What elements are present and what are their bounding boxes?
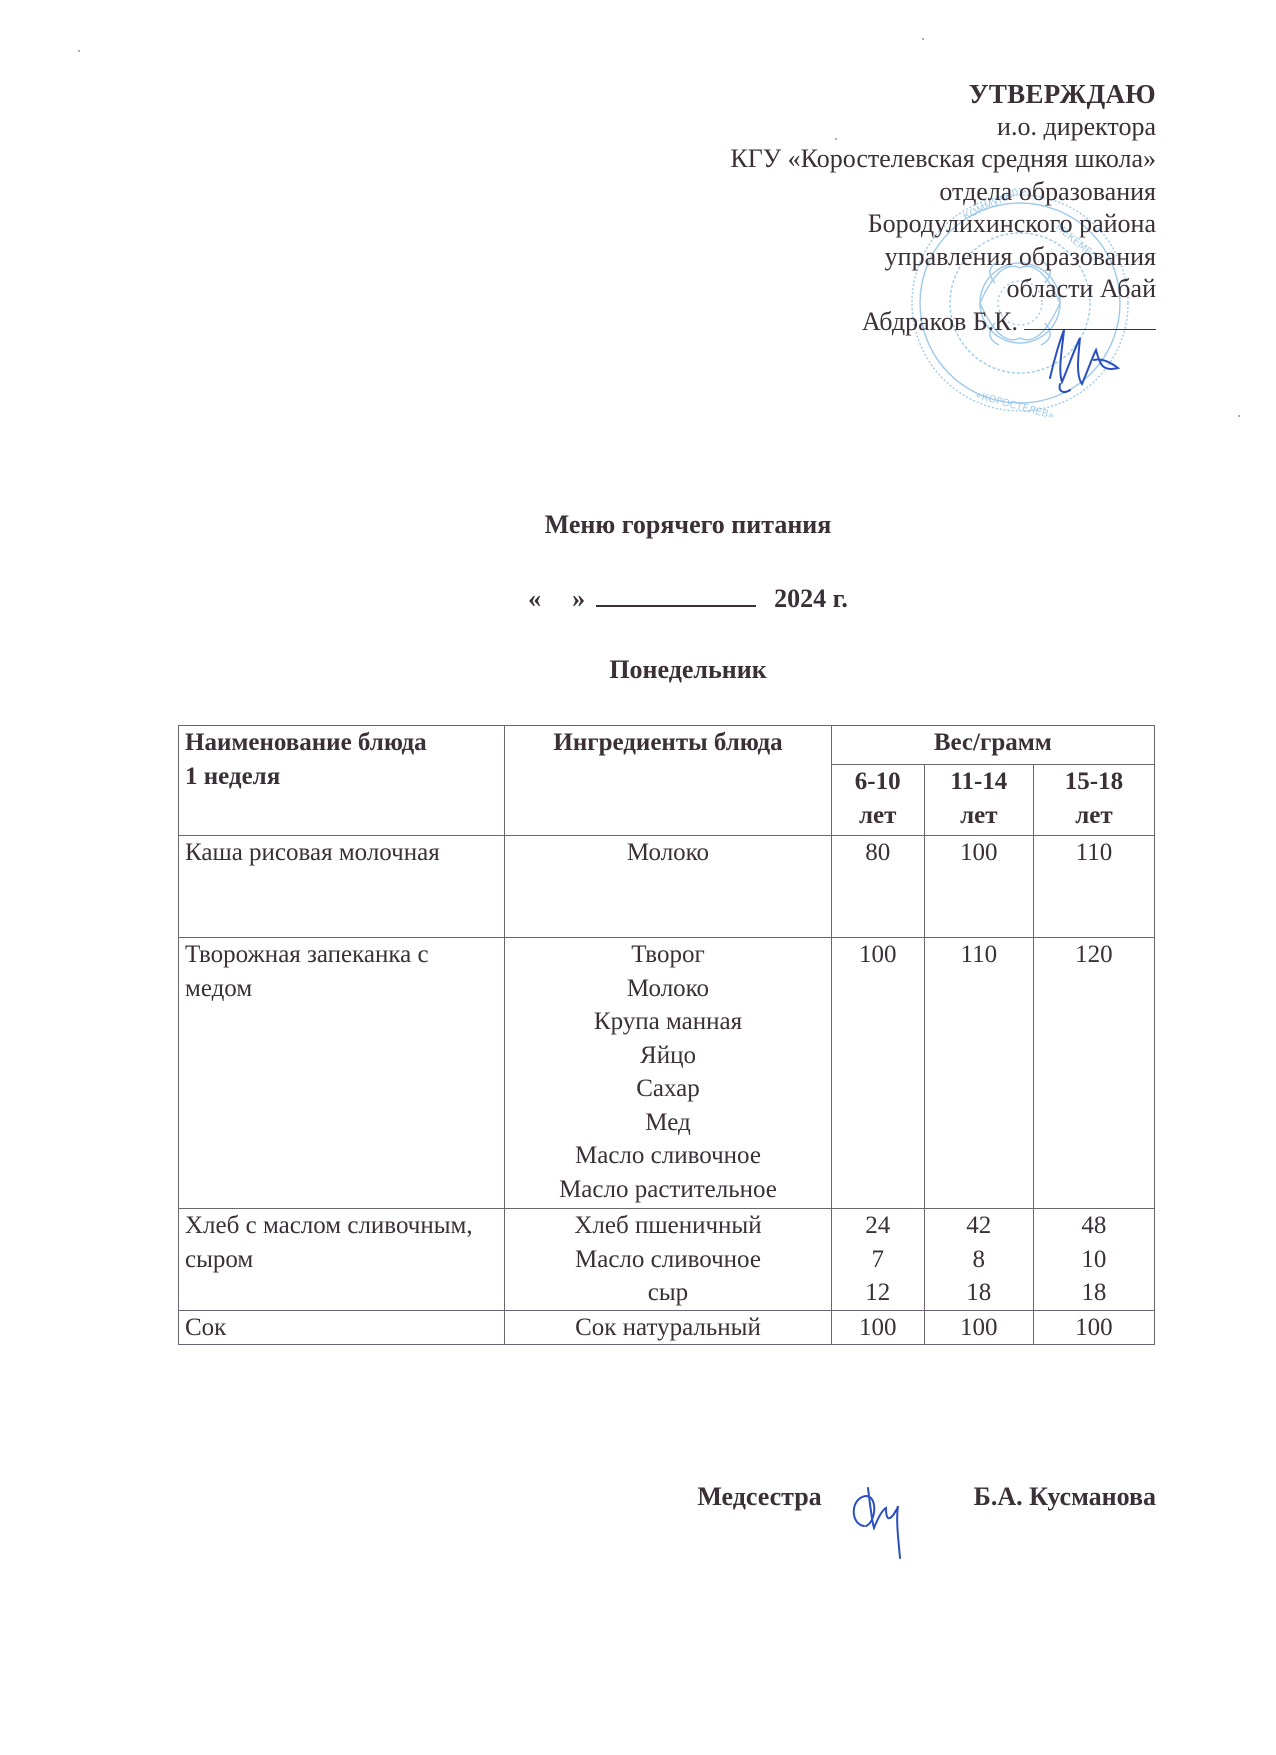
cell-weight-11-14: 110 — [924, 938, 1033, 1209]
date-blank-line — [596, 583, 756, 607]
cell-weight-15-18-line: 18 — [1040, 1276, 1148, 1310]
cell-weight-6-10-line: 80 — [838, 836, 918, 870]
cell-dish: Творожная запеканка с медом — [179, 938, 505, 1209]
cell-ingredients-line: Масло растительное — [511, 1173, 824, 1207]
cell-weight-11-14: 100 — [924, 836, 1033, 938]
cell-weight-15-18: 110 — [1033, 836, 1154, 938]
approval-signatory: Абдраков Б.К. — [862, 307, 1018, 336]
date-close-quote: » — [572, 584, 585, 613]
cell-weight-15-18-line: 100 — [1040, 1311, 1148, 1345]
scan-speck — [922, 38, 924, 40]
cell-weight-11-14-line: 110 — [931, 938, 1027, 972]
cell-weight-15-18: 481018 — [1033, 1209, 1154, 1311]
cell-ingredients-line: Сок натуральный — [511, 1311, 824, 1345]
approval-block: УТВЕРЖДАЮ и.о. директора КГУ «Коростелев… — [730, 78, 1156, 338]
page-title: Меню горячего питания — [100, 510, 1276, 540]
cell-ingredients-line: Крупа манная — [511, 1005, 824, 1039]
cell-weight-15-18-line: 120 — [1040, 938, 1148, 972]
cell-weight-15-18-line: 48 — [1040, 1209, 1148, 1243]
approval-line: КГУ «Коростелевская средняя школа» — [730, 143, 1156, 176]
cell-weight-6-10-line: 24 — [838, 1209, 918, 1243]
header-dish: Наименование блюда 1 неделя — [179, 726, 505, 836]
table-header-row: Наименование блюда 1 неделя Ингредиенты … — [179, 726, 1155, 765]
cell-weight-6-10-line: 100 — [838, 1311, 918, 1345]
cell-weight-11-14-line: 18 — [931, 1276, 1027, 1310]
header-age-6-10: 6-10 лет — [831, 765, 924, 836]
date-year: 2024 г. — [774, 584, 848, 613]
cell-weight-6-10: 100 — [831, 938, 924, 1209]
cell-ingredients-line: Масло сливочное — [511, 1243, 824, 1277]
scan-speck — [78, 50, 80, 52]
cell-ingredients-line: Молоко — [511, 836, 824, 870]
header-age-15-18: 15-18 лет — [1033, 765, 1154, 836]
header-ingredients: Ингредиенты блюда — [505, 726, 831, 836]
cell-weight-15-18-line: 110 — [1040, 836, 1148, 870]
cell-ingredients: Сок натуральный — [505, 1310, 831, 1345]
cell-ingredients-line: Яйцо — [511, 1039, 824, 1073]
approval-line: управления образования — [730, 241, 1156, 274]
cell-ingredients-line: Творог — [511, 938, 824, 972]
table-row: Хлеб с маслом сливочным, сыромХлеб пшени… — [179, 1209, 1155, 1311]
cell-weight-6-10: 100 — [831, 1310, 924, 1345]
cell-ingredients: ТворогМолокоКрупа маннаяЯйцоСахарМедМасл… — [505, 938, 831, 1209]
table-row: Каша рисовая молочнаяМолоко80100110 — [179, 836, 1155, 938]
scan-speck — [835, 138, 837, 140]
approval-heading: УТВЕРЖДАЮ — [730, 78, 1156, 111]
cell-weight-11-14-line: 8 — [931, 1243, 1027, 1277]
cell-ingredients: Молоко — [505, 836, 831, 938]
date-line: « » 2024 г. — [100, 583, 1276, 614]
cell-weight-15-18: 120 — [1033, 938, 1154, 1209]
cell-ingredients-line: Масло сливочное — [511, 1139, 824, 1173]
menu-table: Наименование блюда 1 неделя Ингредиенты … — [178, 725, 1155, 1345]
approval-line: Бородулихинского района — [730, 208, 1156, 241]
day-heading: Понедельник — [100, 655, 1276, 685]
signature-line — [1024, 307, 1156, 330]
cell-weight-6-10: 80 — [831, 836, 924, 938]
cell-ingredients-line: сыр — [511, 1276, 824, 1310]
cell-ingredients-line: Молоко — [511, 972, 824, 1006]
table-row: Творожная запеканка с медомТворогМолокоК… — [179, 938, 1155, 1209]
cell-weight-6-10-line: 7 — [838, 1243, 918, 1277]
nurse-name: Б.А. Кусманова — [974, 1482, 1156, 1512]
scan-speck — [1238, 415, 1240, 417]
cell-weight-6-10: 24712 — [831, 1209, 924, 1311]
header-weight: Вес/грамм — [831, 726, 1154, 765]
nurse-role: Медсестра — [697, 1482, 821, 1512]
cell-ingredients-line: Мед — [511, 1106, 824, 1140]
cell-ingredients-line: Сахар — [511, 1072, 824, 1106]
cell-dish: Хлеб с маслом сливочным, сыром — [179, 1209, 505, 1311]
cell-weight-15-18: 100 — [1033, 1310, 1154, 1345]
cell-ingredients-line: Хлеб пшеничный — [511, 1209, 824, 1243]
date-open-quote: « — [528, 584, 541, 613]
cell-weight-6-10-line: 100 — [838, 938, 918, 972]
cell-weight-11-14-line: 100 — [931, 836, 1027, 870]
cell-weight-6-10-line: 12 — [838, 1276, 918, 1310]
approval-line: отдела образования — [730, 176, 1156, 209]
cell-weight-11-14-line: 42 — [931, 1209, 1027, 1243]
svg-text:«КОРОСТЕЛЕВ»: «КОРОСТЕЛЕВ» — [974, 390, 1055, 418]
cell-ingredients: Хлеб пшеничныйМасло сливочноесыр — [505, 1209, 831, 1311]
approval-line: области Абай — [730, 273, 1156, 306]
nurse-signature-block: Медсестра Б.А. Кусманова — [697, 1482, 1156, 1564]
approval-line: и.о. директора — [730, 111, 1156, 144]
cell-dish: Сок — [179, 1310, 505, 1345]
cell-weight-15-18-line: 10 — [1040, 1243, 1148, 1277]
cell-weight-11-14: 100 — [924, 1310, 1033, 1345]
header-age-11-14: 11-14 лет — [924, 765, 1033, 836]
cell-weight-11-14: 42818 — [924, 1209, 1033, 1311]
cell-dish: Каша рисовая молочная — [179, 836, 505, 938]
approval-signatory-row: Абдраков Б.К. — [730, 306, 1156, 339]
nurse-signature-icon — [836, 1474, 926, 1564]
table-row: СокСок натуральный100100100 — [179, 1310, 1155, 1345]
cell-weight-11-14-line: 100 — [931, 1311, 1027, 1345]
